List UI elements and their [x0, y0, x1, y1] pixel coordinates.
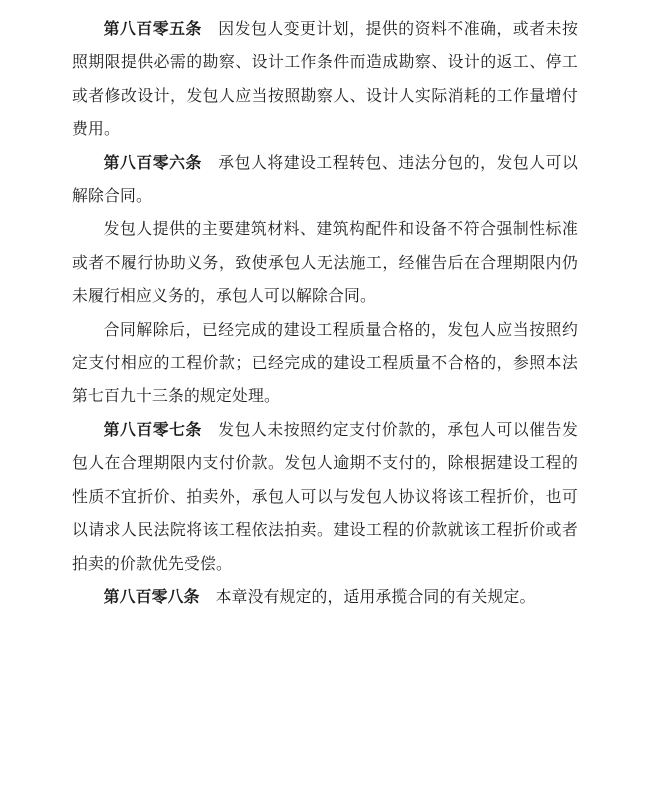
article-paragraph-808: 第八百零八条本章没有规定的，适用承揽合同的有关规定。 — [72, 581, 578, 614]
article-text-807: 发包人未按照约定支付价款的，承包人可以催告发包人在合理期限内支付价款。发包人逾期… — [72, 422, 578, 573]
article-number-805: 第八百零五条 — [104, 21, 218, 38]
document-page: 第八百零五条因发包人变更计划，提供的资料不准确，或者未按照期限提供必需的勘察、设… — [0, 0, 650, 797]
article-806-clause-2: 发包人提供的主要建筑材料、建筑构配件和设备不符合强制性标准或者不履行协助义务，致… — [72, 213, 578, 313]
article-paragraph-806: 第八百零六条承包人将建设工程转包、违法分包的，发包人可以解除合同。 — [72, 147, 578, 214]
article-number-807: 第八百零七条 — [104, 422, 218, 439]
article-paragraph-807: 第八百零七条发包人未按照约定支付价款的，承包人可以催告发包人在合理期限内支付价款… — [72, 414, 578, 581]
article-text-806-clause-3: 合同解除后，已经完成的建设工程质量合格的，发包人应当按照约定支付相应的工程价款；… — [72, 322, 578, 406]
article-806-clause-3: 合同解除后，已经完成的建设工程质量合格的，发包人应当按照约定支付相应的工程价款；… — [72, 314, 578, 414]
article-number-806: 第八百零六条 — [104, 155, 218, 172]
article-paragraph-805: 第八百零五条因发包人变更计划，提供的资料不准确，或者未按照期限提供必需的勘察、设… — [72, 13, 578, 147]
article-number-808: 第八百零八条 — [104, 589, 216, 606]
article-text-805: 因发包人变更计划，提供的资料不准确，或者未按照期限提供必需的勘察、设计工作条件而… — [72, 21, 578, 138]
article-text-806-clause-2: 发包人提供的主要建筑材料、建筑构配件和设备不符合强制性标准或者不履行协助义务，致… — [72, 221, 578, 305]
article-text-808: 本章没有规定的，适用承揽合同的有关规定。 — [216, 589, 536, 606]
